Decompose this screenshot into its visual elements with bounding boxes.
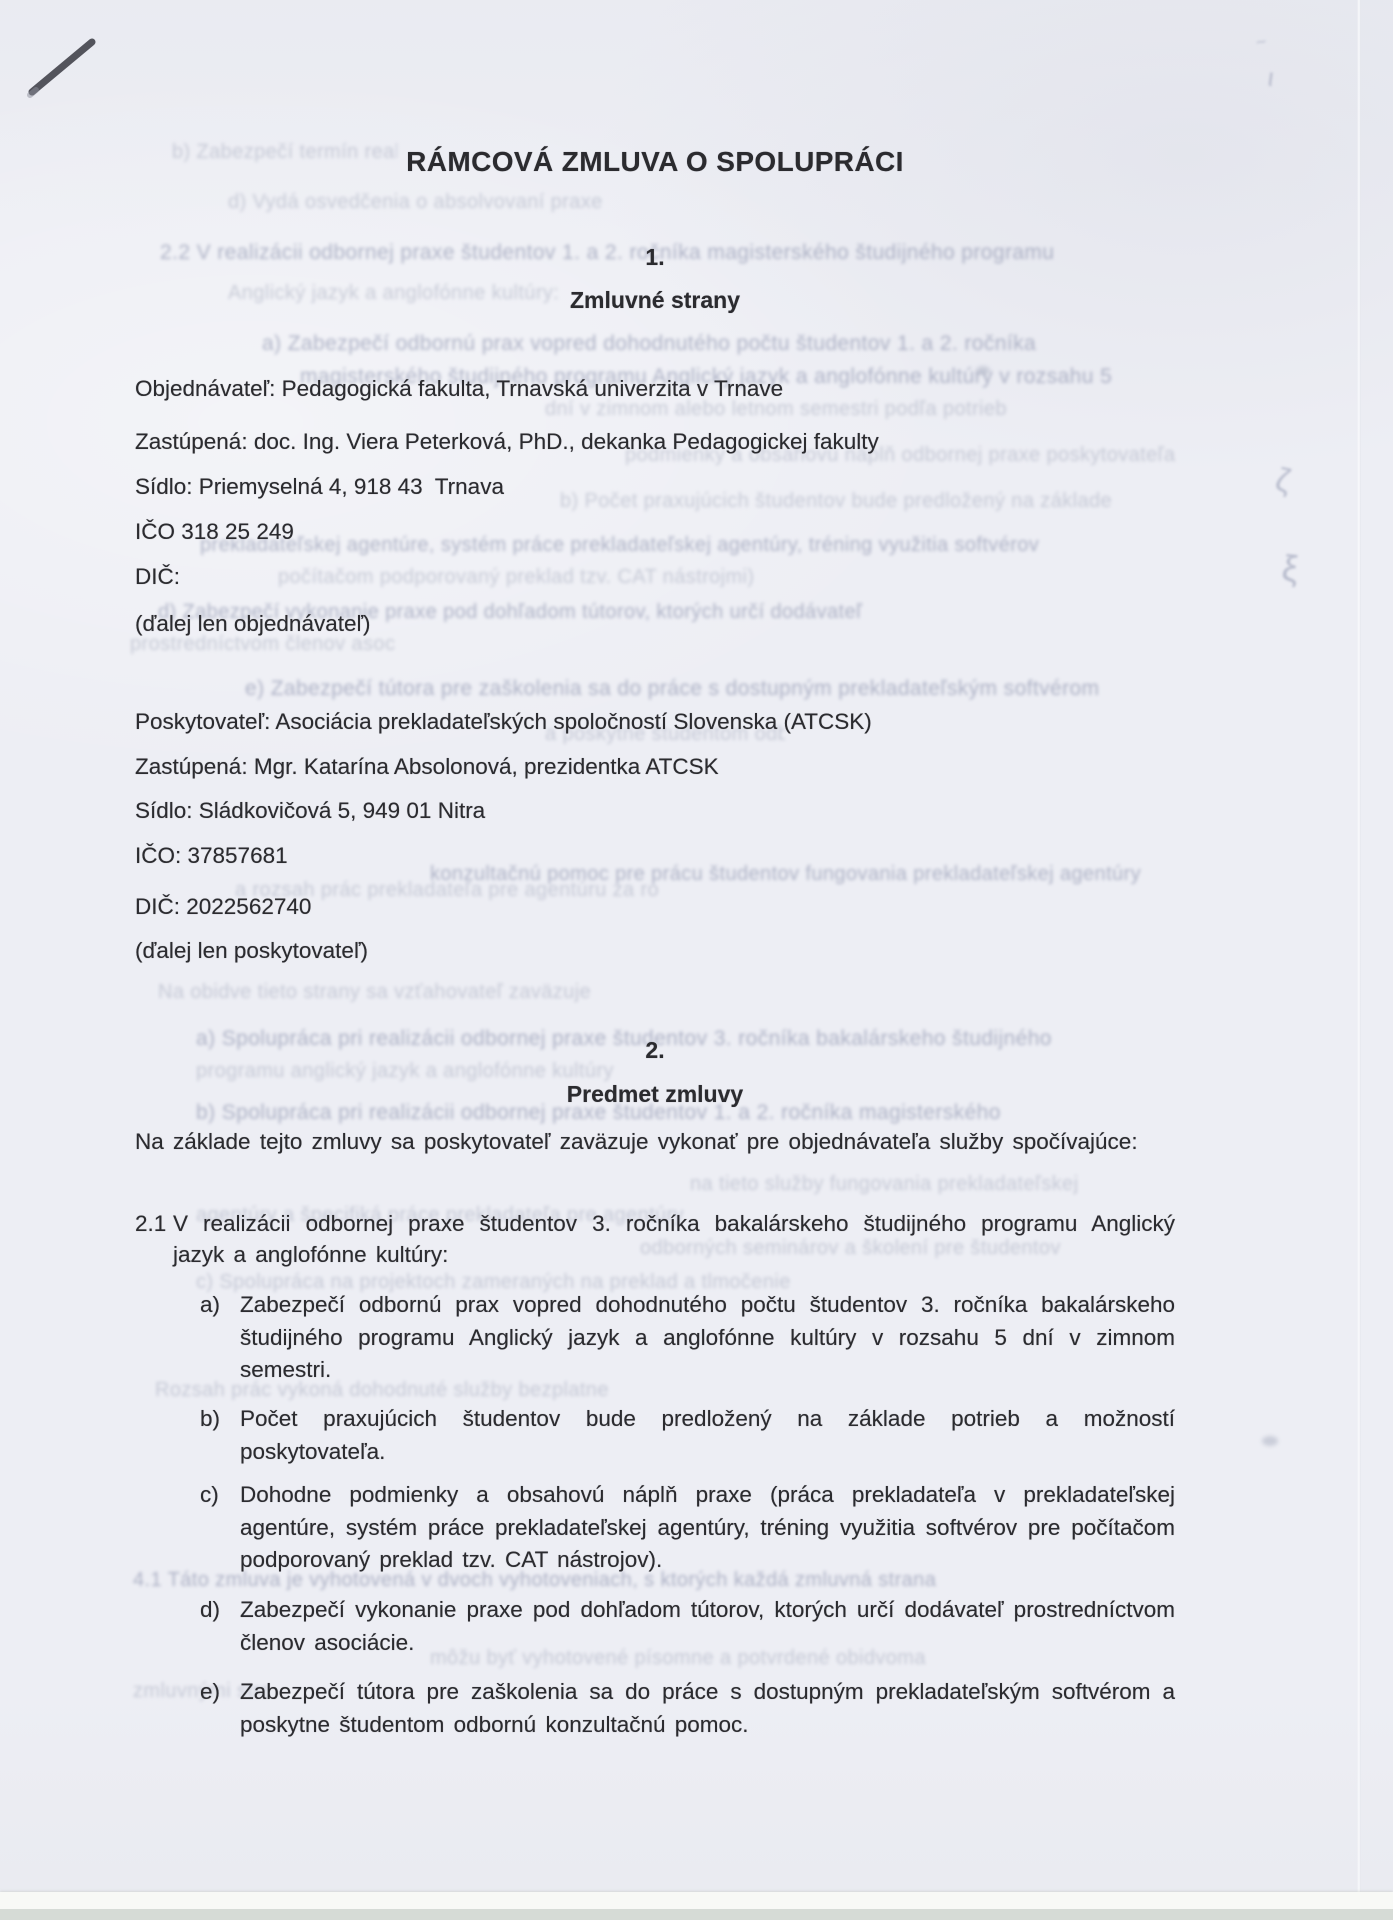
section-1-number: 1.: [135, 244, 1175, 271]
scanned-contract-page: b) Zabezpečí termín realizád) Vydá osved…: [0, 0, 1393, 1920]
ink-smudge: [976, 366, 990, 375]
clause-2-1: 2.1 V realizácii odbornej praxe študento…: [135, 1208, 1175, 1270]
clause-item-a-text: Zabezpečí odbornú prax vopred dohodnutéh…: [240, 1292, 1175, 1382]
poskytovatel-ico-line: IČO: 37857681: [135, 843, 288, 869]
clause-item-b-text: Počet praxujúcich študentov bude predlož…: [240, 1406, 1175, 1464]
ink-smudge: [1262, 1436, 1278, 1446]
poskytovatel-address-line: Sídlo: Sládkovičová 5, 949 01 Nitra: [135, 798, 485, 824]
section-2-intro-paragraph: Na základe tejto zmluvy sa poskytovateľ …: [135, 1126, 1175, 1158]
clause-2-1-number: 2.1: [135, 1208, 166, 1239]
objednavatel-line: Objednávateľ: Pedagogická fakulta, Trnav…: [135, 376, 783, 402]
objednavatel-represented-line: Zastúpená: doc. Ing. Viera Peterková, Ph…: [135, 429, 879, 455]
poskytovatel-dic-line: DIČ: 2022562740: [135, 894, 311, 920]
clause-item-c: c) Dohodne podmienky a obsahovú náplň pr…: [200, 1479, 1175, 1577]
clause-item-a-marker: a): [200, 1289, 220, 1322]
section-1-heading: Zmluvné strany: [135, 287, 1175, 314]
scanner-background-strip: [0, 1909, 1393, 1920]
clause-item-c-text: Dohodne podmienky a obsahovú náplň praxe…: [240, 1482, 1175, 1572]
clause-item-b: b) Počet praxujúcich študentov bude pred…: [200, 1403, 1175, 1468]
clause-item-d-text: Zabezpečí vykonanie praxe pod dohľadom t…: [240, 1597, 1175, 1655]
objednavatel-address-line: Sídlo: Priemyselná 4, 918 43 Trnava: [135, 474, 504, 500]
page-bottom-edge: [0, 1892, 1393, 1909]
poskytovatel-alias-line: (ďalej len poskytovateľ): [135, 938, 368, 964]
objednavatel-ico-line: IČO 318 25 249: [135, 519, 294, 545]
clause-item-e-marker: e): [200, 1676, 220, 1709]
section-2-number: 2.: [135, 1037, 1175, 1064]
clause-item-b-marker: b): [200, 1403, 220, 1436]
contract-text-layer: RÁMCOVÁ ZMLUVA O SPOLUPRÁCI 1. Zmluvné s…: [0, 0, 1393, 1920]
poskytovatel-represented-line: Zastúpená: Mgr. Katarína Absolonová, pre…: [135, 754, 719, 780]
clause-item-a: a) Zabezpečí odbornú prax vopred dohodnu…: [200, 1289, 1175, 1387]
clause-item-c-marker: c): [200, 1479, 219, 1512]
poskytovatel-line: Poskytovateľ: Asociácia prekladateľských…: [135, 709, 872, 735]
clause-item-d-marker: d): [200, 1594, 220, 1627]
clause-item-d: d) Zabezpečí vykonanie praxe pod dohľado…: [200, 1594, 1175, 1659]
pen-stroke-mark: [0, 0, 140, 140]
clause-item-e: e) Zabezpečí tútora pre zaškolenia sa do…: [200, 1676, 1175, 1741]
document-title: RÁMCOVÁ ZMLUVA O SPOLUPRÁCI: [135, 146, 1175, 178]
scan-edge-line: [1357, 0, 1361, 1896]
section-2-heading: Predmet zmluvy: [135, 1081, 1175, 1108]
clause-item-e-text: Zabezpečí tútora pre zaškolenia sa do pr…: [240, 1679, 1175, 1737]
clause-2-1-text: V realizácii odbornej praxe študentov 3.…: [173, 1211, 1175, 1267]
objednavatel-dic-line: DIČ:: [135, 564, 180, 590]
objednavatel-alias-line: (ďalej len objednávateľ): [135, 611, 371, 637]
